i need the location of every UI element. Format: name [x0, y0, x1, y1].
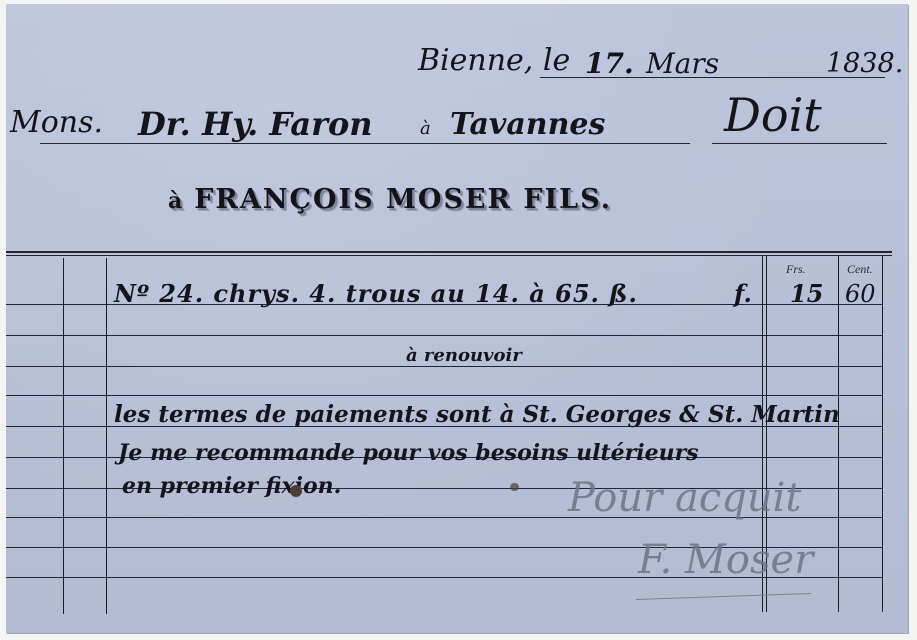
- date-day: 17.: [585, 50, 634, 78]
- owes-label: Doit: [724, 92, 822, 138]
- column-rule: [882, 256, 883, 612]
- line-item-centimes: 60: [845, 282, 876, 306]
- recipient-place-prefix: à: [420, 120, 431, 138]
- row-rule: [6, 366, 882, 367]
- table-top-rule-2: [6, 255, 892, 256]
- row-rule: [6, 395, 882, 396]
- signature-name: F. Moser: [638, 540, 813, 580]
- firm-name: àFRANÇOIS MOSER FILS.: [168, 184, 612, 215]
- firm-label: FRANÇOIS MOSER FILS.: [194, 184, 612, 215]
- terms-line-1: les termes de paiements sont à St. Georg…: [114, 403, 840, 426]
- line-item-description: Nº 24. chrys. 4. trous au 14. à 65. ß.: [114, 282, 638, 306]
- terms-line-3: en premier fixion.: [122, 475, 341, 497]
- date-place: Bienne, le: [418, 46, 570, 76]
- column-rule: [106, 258, 107, 614]
- owes-rule: [712, 143, 887, 144]
- line-item-currency: f.: [734, 282, 752, 306]
- column-rule: [63, 258, 64, 614]
- centimes-header: Cent.: [847, 262, 873, 277]
- firm-prefix: à: [168, 188, 184, 214]
- column-rule: [838, 256, 839, 612]
- table-top-rule: [6, 251, 892, 253]
- date-month: Mars: [646, 50, 719, 78]
- recipient-name: Dr. Hy. Faron: [138, 108, 373, 140]
- recipient-place: Tavannes: [450, 110, 605, 140]
- francs-header: Frs.: [786, 262, 806, 277]
- recipient-prefix: Mons.: [10, 108, 103, 138]
- date-year: 1838.: [826, 50, 903, 77]
- row-rule: [6, 335, 882, 336]
- note-centered: à renouvoir: [406, 347, 522, 365]
- ink-stain: [510, 483, 519, 491]
- signature-acquit: Pour acquit: [568, 478, 801, 518]
- ink-stain: [290, 485, 302, 497]
- line-item-francs: 15: [790, 282, 823, 306]
- terms-line-2: Je me recommande pour vos besoins ultéri…: [118, 442, 699, 464]
- recipient-rule: [40, 143, 690, 144]
